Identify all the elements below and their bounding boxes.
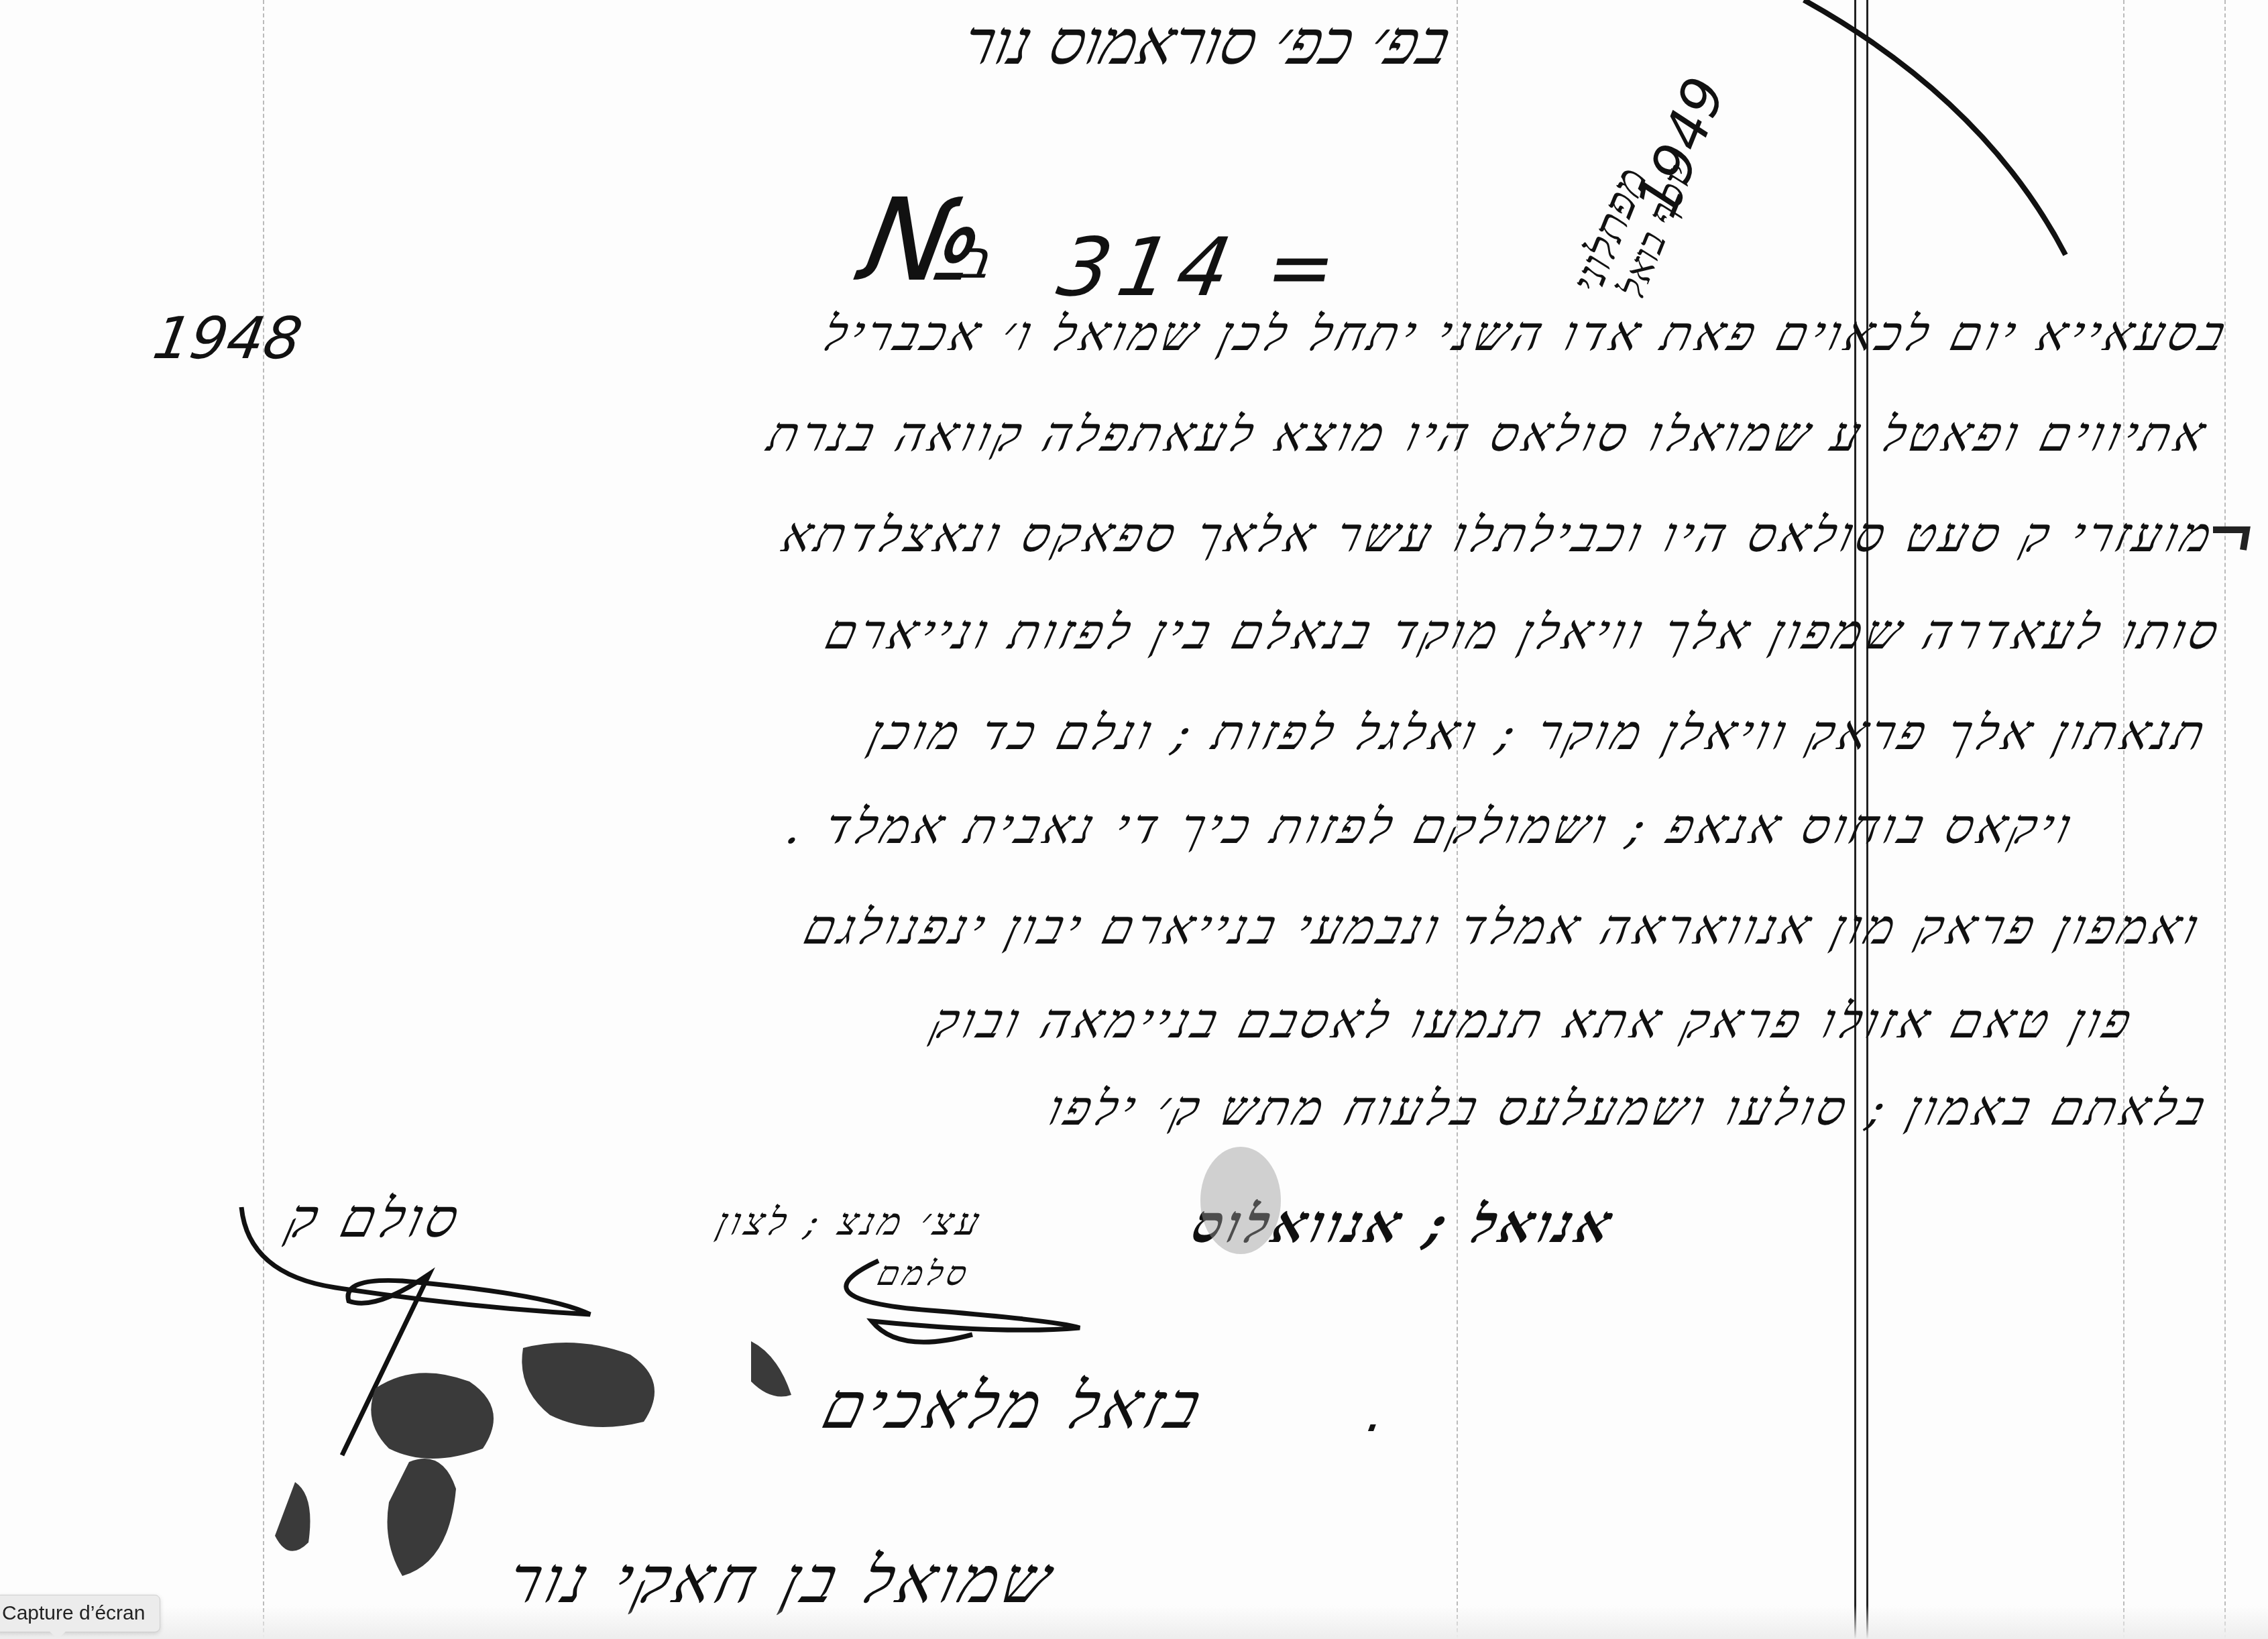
ink-blot <box>751 1341 791 1397</box>
ink-blot <box>371 1373 494 1459</box>
signature-flourish-middle <box>846 1261 1080 1342</box>
window-bottom-edge <box>0 1605 2268 1639</box>
screenshot-tooltip: Capture d’écran <box>0 1595 160 1632</box>
margin-bracket <box>2213 530 2247 550</box>
scanned-document-page: בפ׳ כפ׳ סוראמוס נור מפתלוני יוסף בואל 19… <box>0 0 2268 1639</box>
ink-smudge <box>1200 1147 1281 1254</box>
ink-blot <box>275 1482 310 1551</box>
ink-strokes <box>0 0 2268 1639</box>
ink-blot <box>522 1343 655 1427</box>
top-right-arc <box>1804 0 2065 255</box>
screenshot-tooltip-tail <box>48 1630 67 1639</box>
ink-blot <box>388 1459 457 1576</box>
